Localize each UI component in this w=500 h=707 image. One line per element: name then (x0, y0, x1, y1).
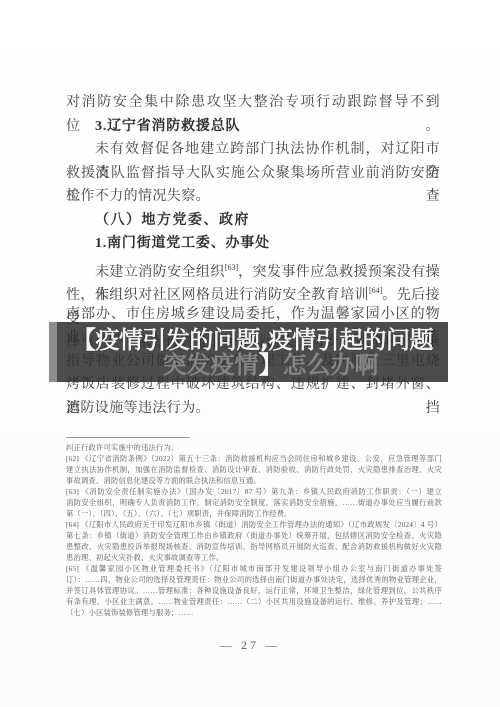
banner-title: 【疫情引发的问题,疫情引起的问题 (72, 327, 433, 353)
banner-closing-bracket: 】 (259, 351, 283, 379)
footnote-separator (66, 437, 190, 438)
body-line: 未有效督促各地建立跨部门执法协作机制，对辽阳市消防 (66, 138, 440, 162)
footnote-line: 并签订具体管理协议。……管理标准：各种设施设备良好，运行正常，环境卫生整洁，绿化… (66, 585, 442, 596)
document-page: 对消防安全集中除患攻坚大整治专项行动跟踪督导不到位。3.辽宁省消防救援总队未有效… (0, 0, 500, 707)
footnote-line: （七）小区装饰装修管理与服务；…… (66, 607, 442, 618)
footnote-line: 有条有理、小区业主满意。……物业管理责任：……（二）小区共用设施设备的运行、维修… (66, 596, 442, 607)
page-number: — 27 — (0, 638, 500, 653)
banner-subtitle: 突发疫情】怎么办啊 (163, 352, 379, 378)
footnote-line: [64] 《辽阳市人民政府关于印发辽阳市乡镇（街道）消防安全工作管理办法的通知》… (66, 519, 442, 530)
caption-banner: 【疫情引发的问题,疫情引起的问题 突发疫情】怎么办啊 (49, 322, 448, 382)
body-line: 对消防安全集中除患攻坚大整治专项行动跟踪督导不到位。 (66, 91, 440, 115)
footnote-line: 建立执法协作机制，加强在消防监督检查、消防设计审查、消防验收、消防行政处罚、火灾… (66, 464, 442, 475)
footnote-line: 第（一）、（四）、（五）、（六）、（七）项职责，并保障消防工作经费。 (66, 508, 442, 519)
body-line: 救援支队监督指导大队实施公众聚集场所营业前消防安全检查 (66, 162, 440, 186)
footnote-line: 纠正行政许可实施中的违法行为。 (66, 442, 442, 453)
footnote-line: [62] 《辽宁省消防条例》（2022）第五十三条：消防救援机构应当会同住房和城… (66, 453, 442, 464)
footnotes: 纠正行政许可实施中的违法行为。[62] 《辽宁省消防条例》（2022）第五十三条… (66, 437, 442, 618)
body-line: （八）地方党委、政府 (66, 209, 440, 233)
body-line: 未建立消防安全组织[63]，突发事件应急救援预案没有操作 (66, 256, 440, 280)
footnote-line: [65] 《温馨家园小区物业管理委托书》（辽阳市城市南部开发建设领导小组办公室与… (66, 563, 442, 574)
footnote-lines: 纠正行政许可实施中的违法行为。[62] 《辽宁省消防条例》（2022）第五十三条… (66, 442, 442, 618)
footnote-line: 订）：……四、物业公司的选择及管理责任：物业公司的选择由南门街道办事处决定，选择… (66, 574, 442, 585)
footnote-line: 消防安全组织，明确专人负责消防工作，制定消防安全制度，落实消防安全措施，……街道… (66, 497, 442, 508)
banner-subtitle-suffix: 怎么办啊 (283, 351, 379, 379)
footnote-line: 事故调查、消防信息化建设等方面的联合执法和信息互通。 (66, 475, 442, 486)
banner-subtitle-prefix: 突发疫情 (163, 351, 259, 379)
footnote-line: 第七条：乡镇（街道）消防安全管理工作由乡镇政府（街道办事处）统筹开展，包括辖区消… (66, 530, 442, 541)
footnote-line: 患整改、火灾隐患投诉举报现场核查、消防宣传培训、指导网格员开展防火巡查、配合消防… (66, 541, 442, 552)
body-line: 1.南门街道党工委、办事处 (66, 232, 440, 256)
body-line: 性，未组织对社区网格员进行消防安全教育培训[64]。先后接受 (66, 279, 440, 303)
footnote-line: 患治理、初起火灾扑救、火灾事故调查等工作。 (66, 552, 442, 563)
footnote-line: [63] 《消防安全责任制实施办法》（国办发〔2017〕87 号）第九条：乡镇人… (66, 486, 442, 497)
